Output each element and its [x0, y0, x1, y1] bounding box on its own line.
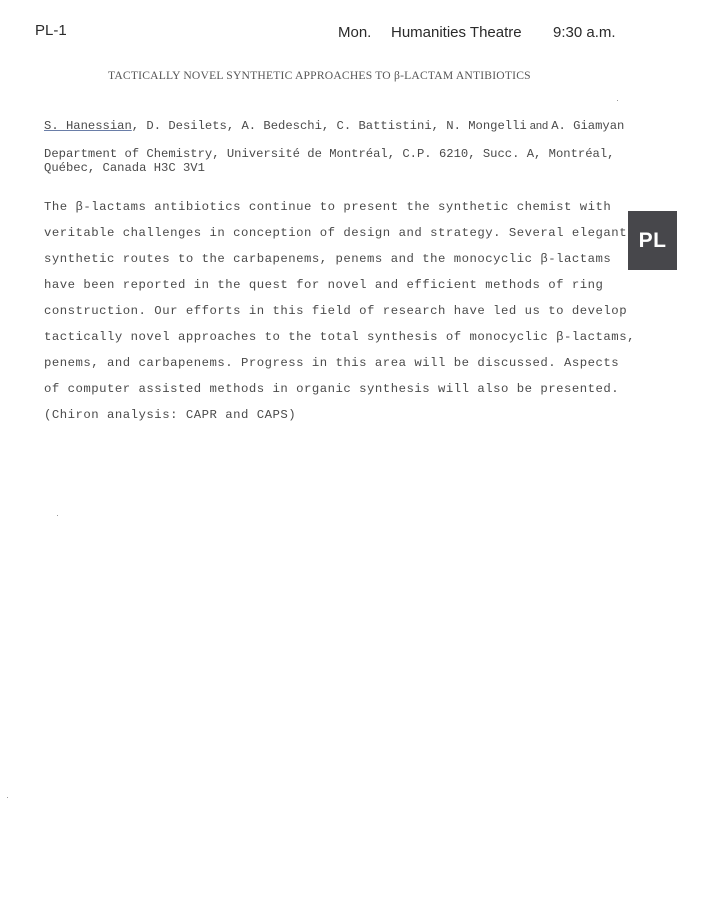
body-line: penems, and carbapenems. Progress in thi… — [44, 355, 619, 371]
abstract-title: TACTICALLY NOVEL SYNTHETIC APPROACHES TO… — [108, 69, 531, 82]
session-time: 9:30 a.m. — [553, 24, 616, 42]
scan-speck — [617, 100, 618, 101]
body-line: (Chiron analysis: CAPR and CAPS) — [44, 407, 296, 423]
body-line: synthetic routes to the carbapenems, pen… — [44, 251, 611, 267]
scan-speck — [7, 797, 8, 798]
body-line: construction. Our efforts in this field … — [44, 303, 627, 319]
session-location: Humanities Theatre — [391, 24, 522, 42]
body-line: of computer assisted methods in organic … — [44, 381, 619, 397]
section-tab-pl: PL — [628, 211, 677, 270]
author-conjunction: and — [527, 120, 551, 132]
session-code: PL-1 — [35, 22, 67, 40]
affiliation-line-2: Québec, Canada H3C 3V1 — [44, 160, 205, 176]
section-tab-label: PL — [639, 229, 667, 253]
scan-speck — [57, 515, 58, 516]
body-line: veritable challenges in conception of de… — [44, 225, 627, 241]
body-line: The β-lactams antibiotics continue to pr… — [44, 199, 611, 215]
abstract-page: PL-1 Mon. Humanities Theatre 9:30 a.m. T… — [0, 0, 704, 910]
co-authors: , D. Desilets, A. Bedeschi, C. Battistin… — [132, 119, 527, 133]
last-author: A. Giamyan — [551, 119, 624, 133]
session-day: Mon. — [338, 24, 371, 42]
body-line: have been reported in the quest for nove… — [44, 277, 603, 293]
author-list: S. Hanessian, D. Desilets, A. Bedeschi, … — [44, 118, 624, 134]
presenting-author: S. Hanessian — [44, 119, 132, 133]
body-line: tactically novel approaches to the total… — [44, 329, 635, 345]
